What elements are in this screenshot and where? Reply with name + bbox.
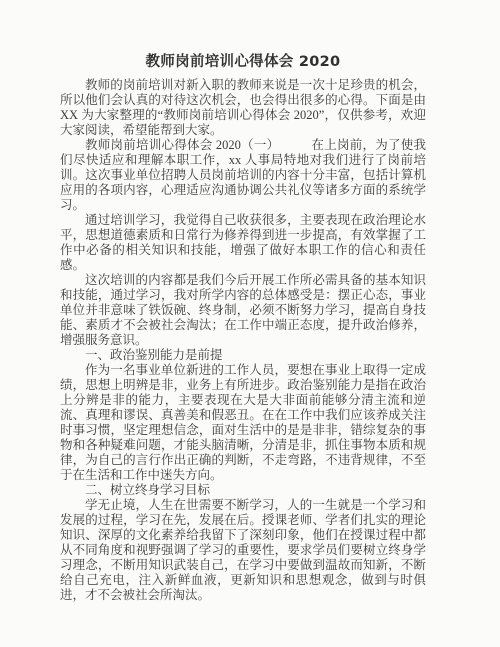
section-heading-political-discernment: 一、政治鉴别能力是前提 — [60, 348, 426, 363]
screenshot-root: { "page": { "background_color": "#fbfbf9… — [0, 0, 500, 647]
paragraph-political-discernment: 作为一名事业单位新进的工作人员，要想在事业上取得一定成绩，思想上明辨是非，业务上… — [60, 363, 426, 483]
paragraph-intro: 教师的岗前培训对新入职的教师来说是一次十足珍贵的机会，所以他们会认真的对待这次机… — [60, 78, 426, 138]
paragraph-part1-opening: 教师岗前培训心得体会 2020（一） 在上岗前，为了使我们尽快适应和理解本职工作… — [60, 138, 426, 213]
paragraph-training-gains: 通过培训学习，我觉得自己收获很多，主要表现在政治理论水平，思想道德素质和日常行为… — [60, 213, 426, 273]
document-page: 教师岗前培训心得体会 2020 教师的岗前培训对新入职的教师来说是一次十足珍贵的… — [0, 0, 500, 647]
document-title: 教师岗前培训心得体会 2020 — [60, 50, 426, 74]
paragraph-lifelong-learning: 学无止境，人生在世需要不断学习，人的一生就是一个学习和发展的过程，学习在先，发展… — [60, 498, 426, 603]
section-heading-lifelong-learning: 二、树立终身学习目标 — [60, 483, 426, 498]
paragraph-training-content: 这次培训的内容都是我们今后开展工作所必需具备的基本知识和技能，通过学习，我对所学… — [60, 273, 426, 348]
